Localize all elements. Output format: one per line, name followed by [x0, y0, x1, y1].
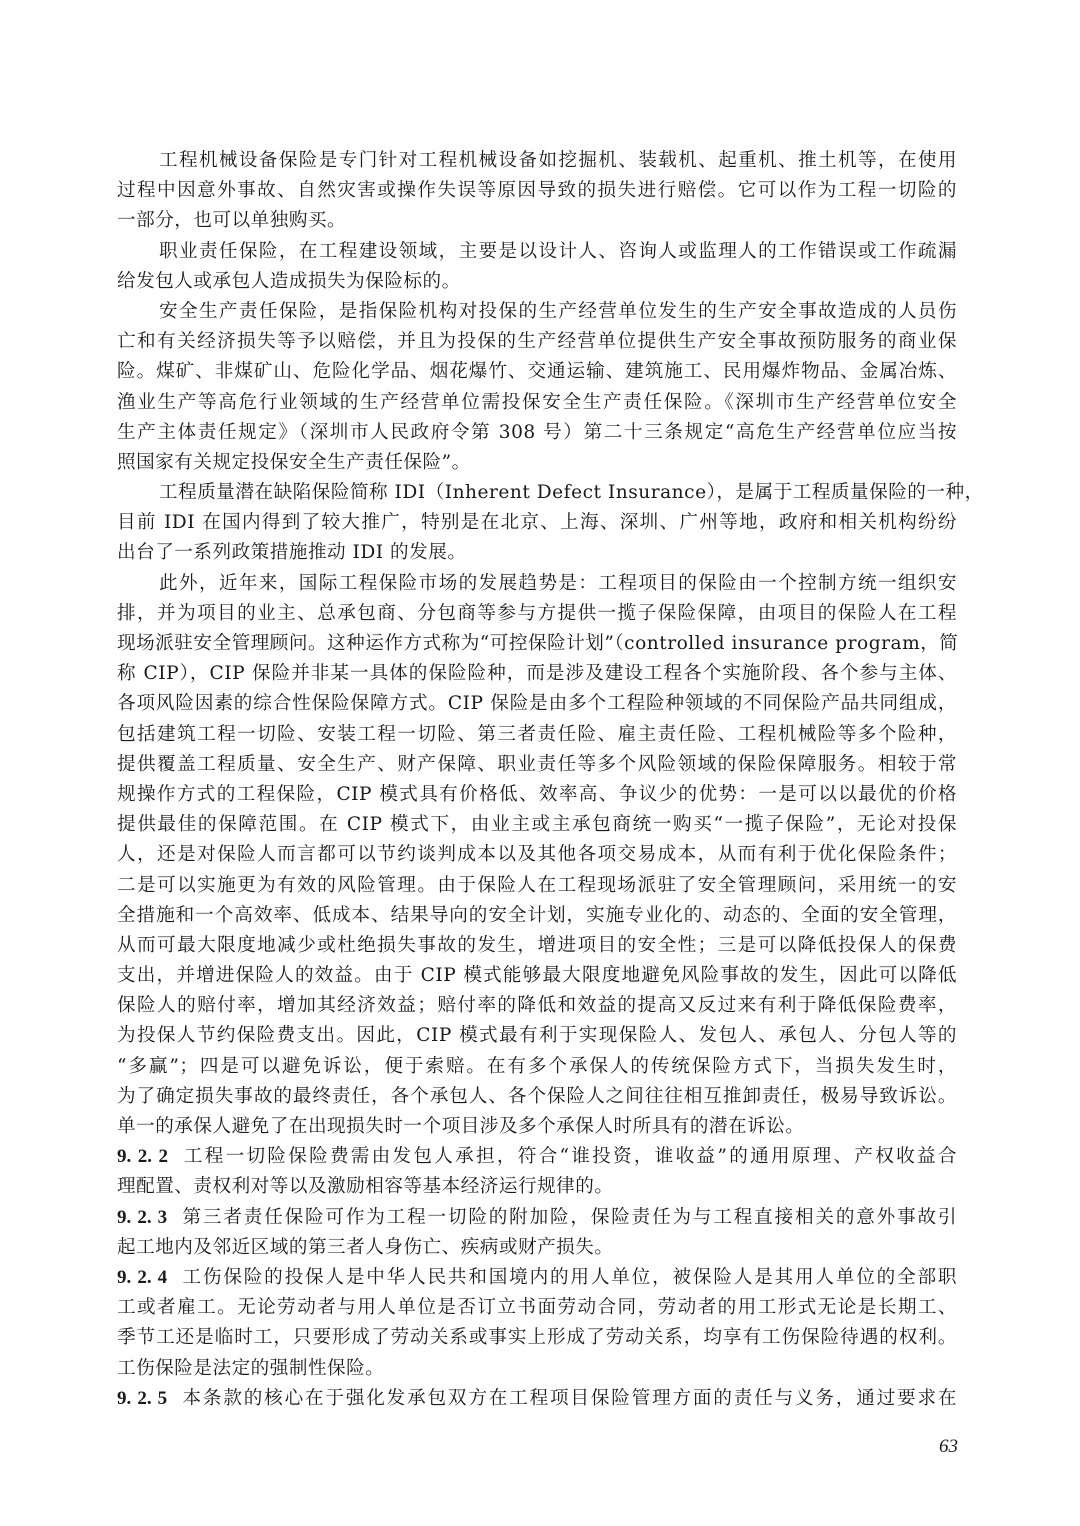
clause-first-line: 9. 2. 4工伤保险的投保人是中华人民共和国境内的用人单位，被保险人是其用人单… [117, 1263, 957, 1293]
text-line: 工程机械设备保险是专门针对工程机械设备如挖掘机、装载机、起重机、推土机等，在使用 [117, 146, 957, 176]
text-line: 从而可最大限度地减少或杜绝损失事故的发生，增进项目的安全性；三是可以降低投保人的… [117, 931, 957, 961]
text-line: 包括建筑工程一切险、安装工程一切险、第三者责任险、雇主责任险、工程机械险等多个险… [117, 720, 957, 750]
clause-text: 第三者责任保险可作为工程一切险的附加险，保险责任为与工程直接相关的意外事故引 [181, 1207, 957, 1228]
text-line: 为投保人节约保险费支出。因此，CIP 模式最有利于实现保险人、发包人、承包人、分… [117, 1021, 957, 1051]
text-line: 提供最佳的保障范围。在 CIP 模式下，由业主或主承包商统一购买“一揽子保险”，… [117, 810, 957, 840]
clause-number: 9. 2. 5 [117, 1388, 167, 1409]
text-line: 单一的承保人避免了在出现损失时一个项目涉及多个承保人时所具有的潜在诉讼。 [117, 1112, 957, 1142]
clause-9-2-5: 9. 2. 5本条款的核心在于强化发承包双方在工程项目保险管理方面的责任与义务，… [117, 1384, 957, 1414]
text-line: 称 CIP），CIP 保险并非某一具体的保险险种，而是涉及建设工程各个实施阶段、… [117, 659, 957, 689]
text-line: 工伤保险是法定的强制性保险。 [117, 1354, 957, 1384]
text-line: 理配置、责权利对等以及激励相容等基本经济运行规律的。 [117, 1172, 957, 1202]
text-line: 出台了一系列政策措施推动 IDI 的发展。 [117, 538, 957, 568]
text-line: 季节工还是临时工，只要形成了劳动关系或事实上形成了劳动关系，均享有工伤保险待遇的… [117, 1323, 957, 1353]
text-line: 一部分，也可以单独购买。 [117, 206, 957, 236]
text-line: 规操作方式的工程保险，CIP 模式具有价格低、效率高、争议少的优势：一是可以以最… [117, 780, 957, 810]
text-line: 照国家有关规定投保安全生产责任保险”。 [117, 448, 957, 478]
text-line: “多赢”；四是可以避免诉讼，便于索赔。在有多个承保人的传统保险方式下，当损失发生… [117, 1052, 957, 1082]
page-number: 63 [939, 1436, 958, 1458]
clause-text: 工程一切险保险费需由发包人承担，符合“谁投资，谁收益”的通用原理、产权收益合 [182, 1146, 957, 1167]
text-line: 各项风险因素的综合性保险保障方式。CIP 保险是由多个工程险种领域的不同保险产品… [117, 689, 957, 719]
text-line: 此外，近年来，国际工程保险市场的发展趋势是：工程项目的保险由一个控制方统一组织安 [117, 569, 957, 599]
text-line: 渔业生产等高危行业领域的生产经营单位需投保安全生产责任保险。《深圳市生产经营单位… [117, 388, 957, 418]
clause-first-line: 9. 2. 2工程一切险保险费需由发包人承担，符合“谁投资，谁收益”的通用原理、… [117, 1142, 957, 1172]
clause-first-line: 9. 2. 5本条款的核心在于强化发承包双方在工程项目保险管理方面的责任与义务，… [117, 1384, 957, 1414]
clause-9-2-3: 9. 2. 3第三者责任保险可作为工程一切险的附加险，保险责任为与工程直接相关的… [117, 1203, 957, 1263]
text-line: 险。煤矿、非煤矿山、危险化学品、烟花爆竹、交通运输、建筑施工、民用爆炸物品、金属… [117, 357, 957, 387]
text-line: 职业责任保险，在工程建设领域，主要是以设计人、咨询人或监理人的工作错误或工作疏漏 [117, 237, 957, 267]
clause-text: 本条款的核心在于强化发承包双方在工程项目保险管理方面的责任与义务，通过要求在 [181, 1388, 957, 1409]
clause-number: 9. 2. 3 [117, 1207, 167, 1228]
body-paragraphs: 工程机械设备保险是专门针对工程机械设备如挖掘机、装载机、起重机、推土机等，在使用… [117, 146, 957, 1142]
text-line: 现场派驻安全管理顾问。这种运作方式称为“可控保险计划”（controlled i… [117, 629, 957, 659]
clause-number: 9. 2. 4 [117, 1267, 167, 1288]
text-line: 人，还是对保险人而言都可以节约谈判成本以及其他各项交易成本，从而有利于优化保险条… [117, 840, 957, 870]
text-line: 排，并为项目的业主、总承包商、分包商等参与方提供一揽子保险保障，由项目的保险人在… [117, 599, 957, 629]
text-line: 全措施和一个高效率、低成本、结果导向的安全计划，实施专业化的、动态的、全面的安全… [117, 901, 957, 931]
clause-9-2-4: 9. 2. 4工伤保险的投保人是中华人民共和国境内的用人单位，被保险人是其用人单… [117, 1263, 957, 1384]
text-line: 安全生产责任保险，是指保险机构对投保的生产经营单位发生的生产安全事故造成的人员伤 [117, 297, 957, 327]
clause-first-line: 9. 2. 3第三者责任保险可作为工程一切险的附加险，保险责任为与工程直接相关的… [117, 1203, 957, 1233]
text-line: 工或者雇工。无论劳动者与用人单位是否订立书面劳动合同，劳动者的用工形式无论是长期… [117, 1293, 957, 1323]
text-line: 过程中因意外事故、自然灾害或操作失误等原因导致的损失进行赔偿。它可以作为工程一切… [117, 176, 957, 206]
text-line: 保险人的赔付率，增加其经济效益；赔付率的降低和效益的提高又反过来有利于降低保险费… [117, 991, 957, 1021]
text-line: 生产主体责任规定》（深圳市人民政府令第 308 号）第二十三条规定“高危生产经营… [117, 418, 957, 448]
text-line: 给发包人或承包人造成损失为保险标的。 [117, 267, 957, 297]
text-line: 工程质量潜在缺陷保险简称 IDI（Inherent Defect Insuran… [117, 478, 957, 508]
text-line: 目前 IDI 在国内得到了较大推广，特别是在北京、上海、深圳、广州等地，政府和相… [117, 508, 957, 538]
clause-text: 工伤保险的投保人是中华人民共和国境内的用人单位，被保险人是其用人单位的全部职 [181, 1267, 957, 1288]
clause-number: 9. 2. 2 [117, 1146, 168, 1167]
text-line: 起工地内及邻近区域的第三者人身伤亡、疾病或财产损失。 [117, 1233, 957, 1263]
text-line: 亡和有关经济损失等予以赔偿，并且为投保的生产经营单位提供生产安全事故预防服务的商… [117, 327, 957, 357]
text-line: 提供覆盖工程质量、安全生产、财产保障、职业责任等多个风险领域的保险保障服务。相较… [117, 750, 957, 780]
text-line: 支出，并增进保险人的效益。由于 CIP 模式能够最大限度地避免风险事故的发生，因… [117, 961, 957, 991]
clause-9-2-2: 9. 2. 2工程一切险保险费需由发包人承担，符合“谁投资，谁收益”的通用原理、… [117, 1142, 957, 1202]
text-line: 二是可以实施更为有效的风险管理。由于保险人在工程现场派驻了安全管理顾问，采用统一… [117, 871, 957, 901]
document-page: 工程机械设备保险是专门针对工程机械设备如挖掘机、装载机、起重机、推土机等，在使用… [117, 146, 957, 1414]
text-line: 为了确定损失事故的最终责任，各个承包人、各个保险人之间往往相互推卸责任，极易导致… [117, 1082, 957, 1112]
